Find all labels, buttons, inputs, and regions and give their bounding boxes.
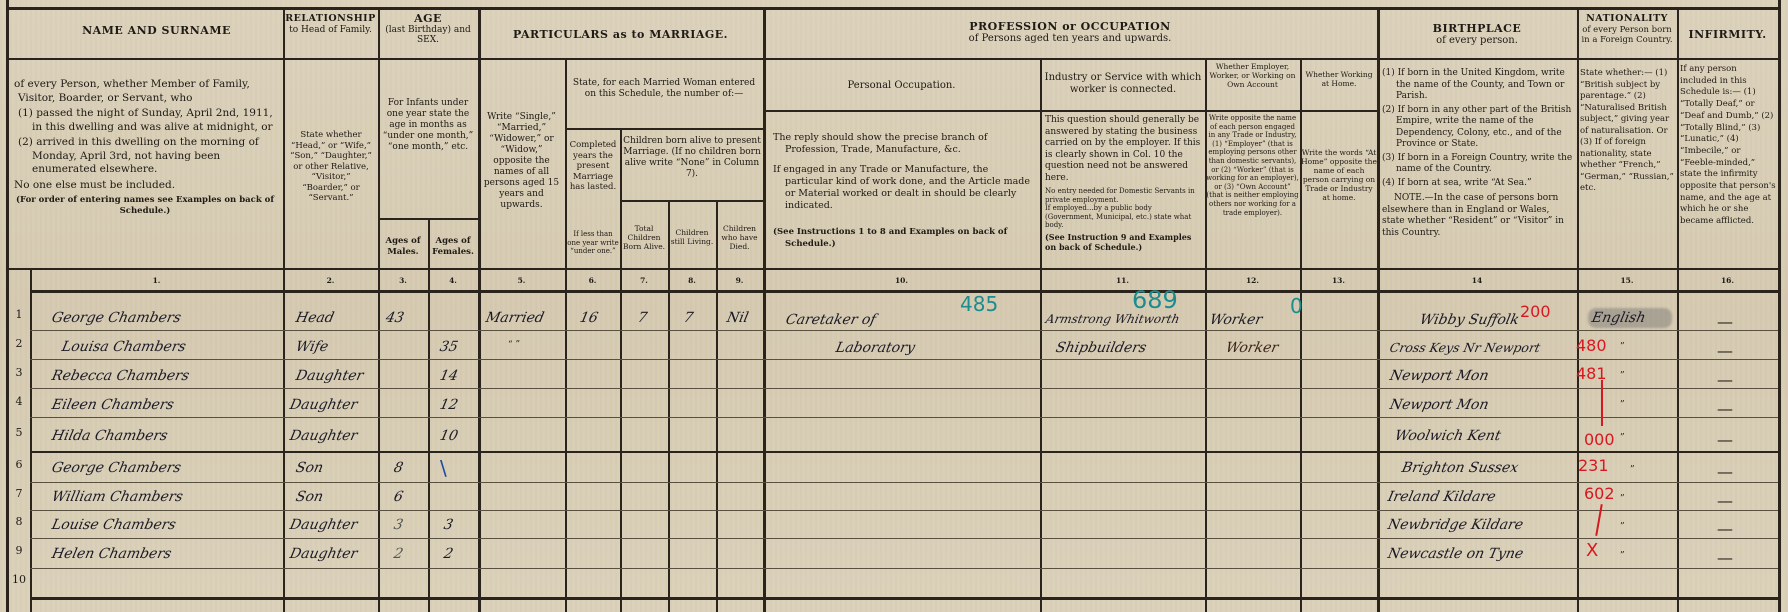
infirmity-instructions: If any person included in this Schedule … — [1680, 64, 1776, 228]
header-nationality-sub: of every Person born in a Foreign Countr… — [1577, 25, 1677, 45]
entry-infirmity: — — [1695, 519, 1755, 538]
industry-instr-2: No entry needed for Domestic Servants in… — [1045, 187, 1202, 204]
entry-infirmity: — — [1695, 312, 1755, 331]
row-line-thick — [30, 451, 1778, 453]
title-row-divider — [8, 58, 1778, 60]
row-number: 9 — [8, 544, 30, 557]
age-infants-instructions: For Infants under one year state the age… — [380, 98, 476, 153]
row-line — [30, 510, 1778, 511]
entry-birthplace: Newbridge Kildare — [1386, 517, 1524, 533]
census-schedule-sheet: NAME AND SURNAME RELATIONSHIP to Head of… — [0, 0, 1788, 612]
blue-tick-mark: \ — [440, 456, 447, 480]
row-number: 7 — [8, 487, 30, 500]
header-relationship-sub: to Head of Family. — [283, 25, 378, 35]
entry-children-died: Nil — [725, 310, 750, 326]
birthplace-instr-1: (1) If born in the United Kingdom, write… — [1382, 68, 1574, 103]
column-number-row-bottom — [30, 290, 1778, 293]
children-living-label: Children still Living. — [668, 228, 716, 246]
personal-occupation-label: Personal Occupation. — [763, 80, 1040, 92]
row-line — [30, 538, 1778, 539]
birthplace-instructions: (1) If born in the United Kingdom, write… — [1382, 68, 1574, 239]
header-nationality-block: NATIONALITY of every Person born in a Fo… — [1577, 12, 1677, 45]
birthplace-code-red: 000 — [1584, 430, 1615, 449]
status-code-blue: 0 — [1290, 294, 1303, 318]
ages-males-label: Ages of Males. — [378, 236, 428, 257]
industry-instr-3: If employed...by a public body (Governme… — [1045, 204, 1202, 230]
right-border — [1778, 0, 1781, 612]
col-number: 13. — [1300, 276, 1377, 285]
entry-relationship: Wife — [294, 339, 329, 355]
entry-nationality-ditto: ” — [1620, 371, 1625, 381]
rownum-divider — [30, 270, 32, 612]
col-number: 6. — [565, 276, 620, 285]
industry-code-blue: 689 — [1132, 286, 1178, 314]
header-occupation: PROFESSION or OCCUPATION — [763, 20, 1377, 33]
header-occupation-block: PROFESSION or OCCUPATION of Persons aged… — [763, 20, 1377, 45]
col-number: 2. — [283, 276, 378, 285]
row-number: 5 — [8, 426, 30, 439]
birthplace-code-red: 200 — [1520, 302, 1551, 321]
entry-relationship: Head — [294, 310, 335, 326]
name-instr-4: No one else must be included. — [14, 179, 276, 193]
row-line — [30, 417, 1778, 418]
col12-divider — [1300, 58, 1302, 612]
col-number: 7. — [620, 276, 668, 285]
entry-age-male: 8 — [392, 460, 404, 476]
occ-instr-2: If engaged in any Trade or Manufacture, … — [773, 164, 1035, 212]
row-line — [30, 359, 1778, 360]
row-line — [30, 330, 1778, 331]
header-relationship: RELATIONSHIP — [283, 12, 378, 25]
header-relationship-block: RELATIONSHIP to Head of Family. — [283, 12, 378, 35]
entry-birthplace: Ireland Kildare — [1386, 489, 1497, 505]
header-birthplace: BIRTHPLACE — [1377, 22, 1577, 35]
entry-age-female: 2 — [442, 546, 454, 562]
entry-age-female: 12 — [438, 397, 459, 413]
industry-label: Industry or Service with which worker is… — [1042, 72, 1204, 96]
entry-industry: Shipbuilders — [1054, 340, 1148, 356]
completed-years-note: If less than one year write “under one.” — [566, 230, 620, 256]
name-instr-2: (1) passed the night of Sunday, April 2n… — [14, 107, 276, 134]
age-subdivider — [378, 218, 478, 220]
col-number: 5. — [478, 276, 565, 285]
header-birthplace-sub: of every person. — [1377, 35, 1577, 47]
col-number: 11. — [1040, 276, 1205, 285]
entry-marital-ditto: “ ” — [508, 340, 520, 350]
entry-name: George Chambers — [50, 310, 182, 326]
entry-name: Louise Chambers — [50, 517, 177, 533]
entry-age-female: 3 — [442, 517, 454, 533]
header-infirmity: INFIRMITY. — [1677, 28, 1778, 41]
col15-divider — [1677, 8, 1679, 612]
birthplace-code-red: 231 — [1578, 456, 1609, 475]
header-age-block: AGE (last Birthday) and SEX. — [378, 12, 478, 45]
entry-employer-status: Worker — [1208, 312, 1263, 328]
children-born-instructions: Children born alive to present Marriage.… — [622, 136, 762, 180]
entry-name: William Chambers — [50, 489, 184, 505]
row-line — [30, 568, 1778, 569]
red-bracket-line — [1595, 504, 1603, 536]
entry-infirmity: — — [1695, 430, 1755, 449]
entry-age-female: 14 — [438, 368, 459, 384]
entry-name: Eileen Chambers — [50, 397, 175, 413]
relationship-instructions: State whether “Head,” or “Wife,” “Son,” … — [288, 130, 374, 204]
col-number: 12. — [1205, 276, 1300, 285]
top-border — [8, 7, 1778, 10]
entry-relationship: Son — [294, 489, 324, 505]
row-line — [30, 388, 1778, 389]
col1-divider — [283, 8, 285, 612]
entry-industry: Armstrong Whitworth — [1045, 312, 1181, 326]
col10-divider — [1040, 58, 1042, 612]
entry-infirmity: — — [1695, 548, 1755, 567]
industry-instr-4: (See Instruction 9 and Examples on back … — [1045, 232, 1202, 252]
row-number: 3 — [8, 366, 30, 379]
birthplace-code-red: 480 — [1576, 336, 1607, 355]
nationality-instructions: State whether:— (1) “British subject by … — [1580, 68, 1675, 195]
completed-years-label: Completed years the present Marriage has… — [566, 140, 620, 193]
row-number: 8 — [8, 515, 30, 528]
entry-nationality-ditto: ” — [1620, 342, 1625, 352]
entry-employer-status: Worker — [1224, 340, 1279, 356]
row-number: 2 — [8, 337, 30, 350]
entry-infirmity: — — [1695, 370, 1755, 389]
col13-divider — [1377, 8, 1380, 612]
birthplace-instr-4: (4) If born at sea, write “At Sea.” — [1382, 178, 1574, 190]
instruction-row-bottom — [8, 268, 1778, 270]
children-died-label: Children who have Died. — [716, 224, 763, 251]
entry-children-living: 7 — [682, 310, 694, 326]
occupation-subdivider — [763, 110, 1377, 112]
col-number: 4. — [428, 276, 478, 285]
entry-relationship: Daughter — [288, 546, 359, 562]
children-subdivider — [620, 200, 763, 202]
occ-instr-1: The reply should show the precise branch… — [773, 132, 1035, 156]
entry-nationality-ditto: ” — [1620, 433, 1625, 443]
entry-birthplace: Newport Mon — [1388, 368, 1490, 384]
name-instructions: of every Person, whether Member of Famil… — [14, 78, 276, 217]
at-home-label: Whether Working at Home. — [1301, 70, 1377, 88]
entry-infirmity: — — [1695, 491, 1755, 510]
entry-name: Rebecca Chambers — [50, 368, 190, 384]
married-woman-instructions: State, for each Married Woman entered on… — [568, 78, 760, 100]
married-woman-subdivider — [565, 128, 763, 130]
col-number: 9. — [716, 276, 763, 285]
col9-divider — [763, 8, 766, 612]
entry-birthplace: Wibby Suffolk — [1418, 312, 1520, 328]
entry-age-male: 6 — [392, 489, 404, 505]
entry-relationship: Daughter — [288, 397, 359, 413]
row-line — [30, 482, 1778, 483]
employer-instructions: Write opposite the name of each person e… — [1206, 114, 1299, 217]
entry-relationship: Son — [294, 460, 324, 476]
header-age-sub: (last Birthday) and SEX. — [378, 25, 478, 45]
marital-instructions: Write “Single,” “Married,” “Widower,” or… — [480, 112, 563, 211]
entry-birthplace: Newcastle on Tyne — [1386, 546, 1525, 562]
col-number: 3. — [378, 276, 428, 285]
entry-nationality-ditto: ” — [1620, 494, 1625, 504]
col8-divider — [716, 200, 718, 612]
col-number: 8. — [668, 276, 716, 285]
row-number: 10 — [8, 573, 30, 586]
entry-age-female: 35 — [438, 339, 459, 355]
col-number: 14 — [1377, 276, 1577, 285]
entry-name: George Chambers — [50, 460, 182, 476]
name-instr-1: of every Person, whether Member of Famil… — [14, 78, 276, 105]
header-birthplace-block: BIRTHPLACE of every person. — [1377, 22, 1577, 47]
occupation-instructions: The reply should show the precise branch… — [773, 132, 1035, 250]
entry-birthplace: Brighton Sussex — [1400, 460, 1520, 476]
employer-label: Whether Employer, Worker, or Working on … — [1206, 62, 1299, 89]
col14-divider — [1577, 8, 1579, 612]
entry-name: Louisa Chambers — [60, 339, 187, 355]
col4-divider — [478, 8, 481, 612]
entry-birthplace: Cross Keys Nr Newport — [1388, 340, 1541, 355]
entry-nationality: English — [1590, 310, 1647, 326]
header-occupation-sub: of Persons aged ten years and upwards. — [763, 33, 1377, 45]
industry-instr-1: This question should generally be answer… — [1045, 115, 1202, 184]
birthplace-instr-2: (2) If born in any other part of the Bri… — [1382, 105, 1574, 151]
entry-relationship: Daughter — [288, 428, 359, 444]
red-x-mark: X — [1586, 540, 1598, 561]
entry-relationship: Daughter — [288, 517, 359, 533]
entry-marital: Married — [484, 310, 545, 326]
birthplace-code-red: 602 — [1584, 484, 1615, 503]
entry-birthplace: Woolwich Kent — [1393, 428, 1502, 444]
header-name: NAME AND SURNAME — [30, 24, 283, 37]
entry-infirmity: — — [1695, 399, 1755, 418]
occ-instr-3: (See Instructions 1 to 8 and Examples on… — [773, 226, 1035, 250]
col-number: 1. — [30, 276, 283, 285]
birthplace-instr-3: (3) If born in a Foreign Country, write … — [1382, 153, 1574, 176]
entry-relationship: Daughter — [294, 368, 365, 384]
row-number: 4 — [8, 395, 30, 408]
header-age: AGE — [378, 12, 478, 25]
entry-age-female: 10 — [438, 428, 459, 444]
entry-age-male: 43 — [384, 310, 405, 326]
at-home-instructions: Write the words “At Home” opposite the n… — [1301, 148, 1377, 202]
row-number: 6 — [8, 458, 30, 471]
ages-females-label: Ages of Females. — [428, 236, 478, 257]
red-bracket-line — [1601, 380, 1603, 426]
header-marriage: PARTICULARS as to MARRIAGE. — [478, 28, 763, 41]
entry-name: Helen Chambers — [50, 546, 173, 562]
entry-name: Hilda Chambers — [50, 428, 169, 444]
entry-years-married: 16 — [578, 310, 599, 326]
entry-occupation: Laboratory — [834, 340, 916, 356]
entry-nationality-ditto: ” — [1620, 551, 1625, 561]
entry-birthplace: Newport Mon — [1388, 397, 1490, 413]
col-number: 16. — [1677, 276, 1778, 285]
entry-infirmity: — — [1695, 462, 1755, 481]
header-nationality: NATIONALITY — [1577, 12, 1677, 25]
entry-nationality-ditto: ” — [1620, 400, 1625, 410]
total-children-label: Total Children Born Alive. — [620, 224, 668, 251]
entry-nationality-ditto: ” — [1630, 465, 1635, 475]
entry-age-male-struck: 2 — [392, 546, 404, 562]
entry-infirmity: — — [1695, 341, 1755, 360]
entry-age-male-struck: 3 — [392, 517, 404, 533]
industry-instructions: This question should generally be answer… — [1045, 115, 1202, 252]
col-number: 15. — [1577, 276, 1677, 285]
col7-divider — [668, 200, 670, 612]
birthplace-note: NOTE.—In the case of persons born elsewh… — [1382, 193, 1574, 239]
entry-children-total: 7 — [636, 310, 648, 326]
table-bottom — [30, 597, 1778, 600]
col-number: 10. — [763, 276, 1040, 285]
row-number: 1 — [8, 308, 30, 321]
occupation-code-blue: 485 — [960, 292, 998, 316]
entry-occupation: Caretaker of — [784, 312, 877, 328]
name-instr-5: (For order of entering names see Example… — [14, 195, 276, 217]
name-instr-3: (2) arrived in this dwelling on the morn… — [14, 136, 276, 177]
entry-nationality-ditto: ” — [1620, 522, 1625, 532]
